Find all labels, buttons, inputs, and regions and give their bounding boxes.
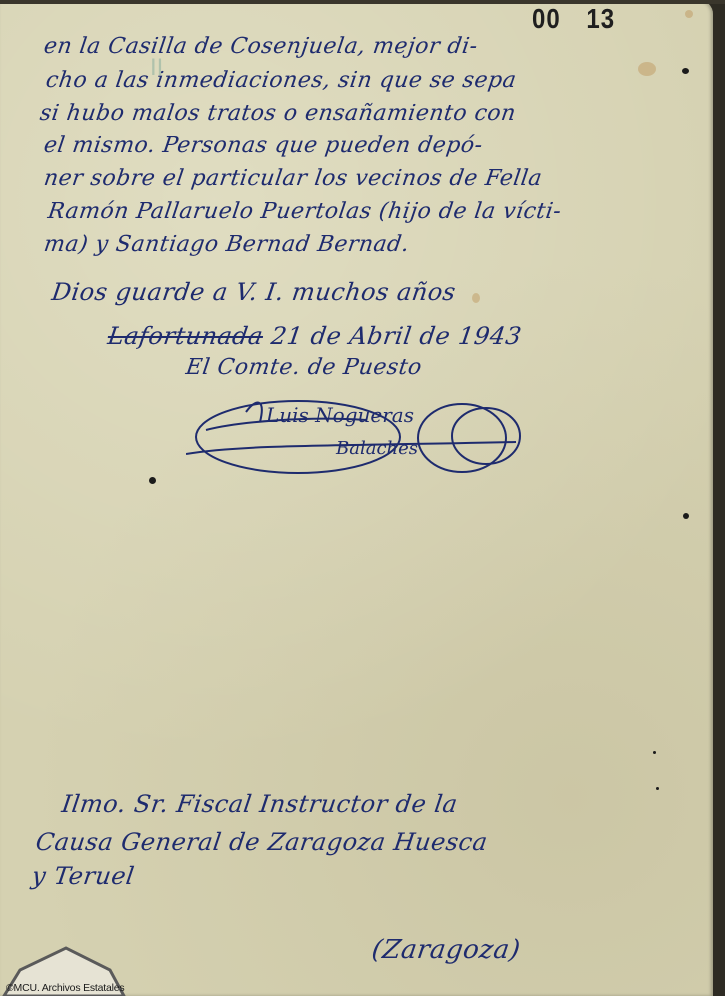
dateline: Lafortunada 21 de Abril de 1943 — [106, 322, 523, 350]
body-line: el mismo. Personas que pueden depó- — [42, 133, 484, 158]
signature: Luis Nogueras Balaches — [186, 392, 536, 482]
archive-watermark: ©MCU. Archivos Estatales — [0, 940, 128, 996]
signature-flourish-icon: Luis Nogueras Balaches — [186, 392, 536, 482]
signer-title: El Comte. de Puesto — [184, 355, 423, 380]
svg-text:Luis Nogueras: Luis Nogueras — [265, 403, 414, 427]
dateline-place: Lafortunada — [106, 322, 265, 350]
addressee-line: Causa General de Zaragoza Huesca — [34, 828, 489, 856]
body-line: cho a las inmediaciones, sin que se sepa — [44, 68, 518, 93]
addressee-city: (Zaragoza) — [370, 935, 522, 965]
addressee-line: y Teruel — [30, 862, 136, 890]
svg-text:Balaches: Balaches — [335, 438, 418, 459]
body-line: ma) y Santiago Bernad Bernad. — [42, 232, 411, 257]
ink-spot — [656, 787, 659, 790]
ink-spot — [683, 513, 689, 519]
scan-top-edge — [0, 0, 725, 4]
watermark-text: ©MCU. Archivos Estatales — [6, 982, 124, 994]
dateline-date: 21 de Abril de 1943 — [269, 322, 523, 350]
paper-stain — [685, 10, 693, 18]
paper-stain — [472, 293, 480, 303]
body-line: Ramón Pallaruelo Puertolas (hijo de la v… — [46, 199, 563, 224]
body-line: si hubo malos tratos o ensañamiento con — [38, 101, 517, 126]
ink-spot — [682, 68, 689, 74]
ink-spot — [149, 477, 156, 484]
body-line: ner sobre el particular los vecinos de F… — [42, 166, 544, 191]
page-number-stamp: 00 13 — [532, 4, 615, 36]
closing-formula: Dios guarde a V. I. muchos años — [50, 278, 458, 306]
paper-stain — [638, 62, 656, 76]
addressee-line: Ilmo. Sr. Fiscal Instructor de la — [60, 790, 460, 818]
ink-spot — [653, 751, 656, 754]
body-line: en la Casilla de Cosenjuela, mejor di- — [42, 34, 479, 59]
document-page: 00 13 II en la Casilla de Cosenjuela, me… — [0, 0, 713, 996]
